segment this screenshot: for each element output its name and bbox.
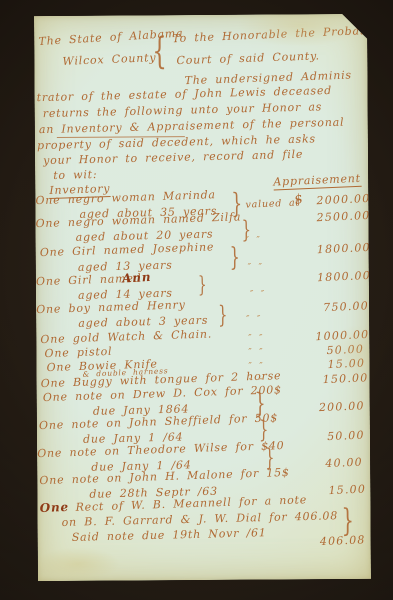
item-11-brace: } [259, 420, 269, 442]
item-5-amount: 750.00 [323, 300, 369, 313]
item-13-amount: 15.00 [328, 484, 366, 497]
header-addressee-2: Court of said County. [176, 50, 320, 66]
item-6-amount: 1000.00 [315, 329, 369, 343]
item-10-amount: 200.00 [319, 400, 365, 413]
item-4-name: Ann [122, 271, 152, 285]
item-8-amount: 15.00 [327, 358, 365, 371]
item-6-line-1: One gold Watch & Chain. [40, 328, 212, 345]
opening-line-7: to wit: [53, 169, 97, 182]
item-12-line-1: One note on Theodore Wilse for $40 [37, 440, 285, 460]
item-6-ditto: ″ ″ [248, 335, 263, 345]
item-11-line-1: One note on John Sheffield for 50$ [39, 412, 278, 431]
item-4-ditto: ″ ″ [250, 291, 265, 301]
header-county: Wilcox County [62, 52, 156, 67]
item-3-amount: 1800.00 [317, 242, 371, 256]
document-paper: The State of AlabamaWilcox County{To the… [34, 14, 371, 581]
item-1-dollar-sign: $ [293, 192, 305, 207]
item-2-ditto: ″ ″ [246, 237, 261, 247]
item-5-line-1: One boy named Henry [36, 299, 186, 315]
item-4-brace: } [198, 276, 207, 296]
item-3-line-1: One Girl named Josephine [40, 241, 215, 258]
header-brace: { [152, 34, 167, 67]
item-14-amount: 406.08 [320, 534, 366, 547]
item-3-ditto: ″ ″ [248, 264, 263, 274]
item-1-amount: 2000.00 [316, 193, 370, 207]
item-9-amount: 150.00 [323, 372, 369, 385]
item-2-amount: 2500.00 [316, 210, 370, 224]
column-header-appraisement: Appraisement [273, 173, 361, 190]
item-7-line-1: One pistol [44, 346, 112, 360]
item-13-line-1: One note on John H. Malone for 15$ [39, 467, 290, 487]
item-4-amount: 1800.00 [317, 270, 371, 284]
item-7-ditto: ″ ″ [248, 349, 263, 359]
header-addressee-1: To the Honorable the Probate [172, 25, 372, 45]
item-5-ditto: ″ ″ [246, 316, 261, 326]
item-11-amount: 50.00 [327, 430, 365, 443]
opening-line-6: your Honor to receive, record and file [43, 149, 303, 167]
scan-background: The State of AlabamaWilcox County{To the… [0, 0, 393, 600]
item-1-valued-at: valued at [245, 198, 300, 210]
item-14-line-3: Said note due 19th Novr /61 [72, 527, 267, 543]
item-3-brace: } [230, 247, 240, 270]
item-5-brace: } [218, 305, 228, 327]
item-14-brace: } [341, 507, 354, 535]
item-14-word-one: One [39, 501, 69, 515]
item-12-amount: 40.00 [325, 457, 363, 470]
item-7-amount: 50.00 [326, 344, 364, 357]
